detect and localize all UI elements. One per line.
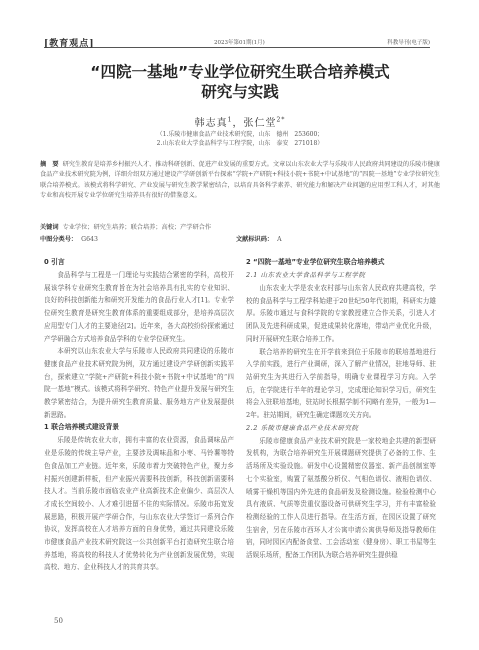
affiliation-2: 2.山东农业大学食品科学与工程学院，山东 泰安 271018） [40,139,440,148]
section-1-paragraph-1: 乐陵是传统农业大市，拥有丰富的农业资源，食品调味品产业是乐陵的传统主导产业，主要… [44,434,234,574]
clc-value: G643 [81,236,98,243]
affiliation-1: （1.乐陵市健康食品产业技术研究院，山东 德州 253600； [40,130,440,139]
doc-code: 文献标识码：A [236,234,282,243]
keywords-label: 关键词 [40,224,59,231]
section-2-1-paragraph-1: 山东农业大学是农业农村部与山东省人民政府共建高校，学校的食品科学与工程学科始建于… [246,282,436,346]
journal-name: 科教导刊(电子版) [387,38,430,46]
left-column: 0 引言 食品科学与工程是一门理论与实践结合紧密的学科，高校开展该学科专业研究生… [44,256,234,574]
running-header: [教育观点] 2023年第01期(1月) 科教导刊(电子版) [44,36,430,48]
keywords-text: 专业学位；研究生培养；联合培养；高校；产学研合作 [63,224,212,231]
title-line-1: “四院一基地”专业学位研究生联合培养模式 [40,62,440,82]
author-separator: ， [233,118,244,129]
clc-label: 中图分类号： [40,236,77,243]
article-title: “四院一基地”专业学位研究生联合培养模式 研究与实践 [40,62,440,102]
section-1-heading: 1 联合培养模式建设背景 [44,421,234,434]
doc-code-label: 文献标识码： [236,236,273,243]
section-2-heading: 2 “四院一基地”专业学位研究生联合培养模式 [246,256,436,269]
section-2-1-paragraph-2: 联合培养的研究生在开学前来到位于乐陵市的联培基地进行入学前实践，进行产业调研，深… [246,346,436,422]
section-2-2-heading: 2.2 乐陵市健康食品产业技术研究院 [246,422,436,435]
abstract-label: 摘 要 [40,161,59,168]
author-1: 韩志真 [195,118,228,129]
section-0-paragraph-2: 本研究以山东农业大学与乐陵市人民政府共同建设的乐陵市健康食品产业技术研究院为例，… [44,345,234,421]
section-2-2-paragraph-1: 乐陵市健康食品产业技术研究院是一家校地企共建的新型研发机构，为联合培养研究生开展… [246,435,436,562]
abstract-text: 研究生教育是培养乡村振兴人才、推动科研创新、促进产业发展的重要方式。文章以山东农… [40,161,440,199]
section-0-paragraph-1: 食品科学与工程是一门理论与实践结合紧密的学科，高校开展该学科专业研究生教育旨在为… [44,269,234,345]
keywords: 关键词专业学位；研究生培养；联合培养；高校；产学研合作 [40,222,211,231]
abstract: 摘 要研究生教育是培养乡村振兴人才、推动科研创新、促进产业发展的重要方式。文章以… [40,160,440,202]
author-line: 韩志真1，张仁堂2* [40,114,440,129]
title-line-2: 研究与实践 [40,82,440,102]
issue-info: 2023年第01期(1月) [214,38,265,46]
section-label: [教育观点] [44,36,95,49]
classification-row: 中图分类号：G643 文献标识码：A [40,234,440,243]
section-2-1-heading: 2.1 山东农业大学食品科学与工程学院 [246,269,436,282]
doc-code-value: A [277,236,281,243]
right-column: 2 “四院一基地”专业学位研究生联合培养模式 2.1 山东农业大学食品科学与工程… [246,256,436,562]
author-2-affil-mark: 2* [277,117,286,124]
section-0-heading: 0 引言 [44,256,234,269]
page-number: 50 [54,617,63,625]
author-2: 张仁堂 [244,118,277,129]
